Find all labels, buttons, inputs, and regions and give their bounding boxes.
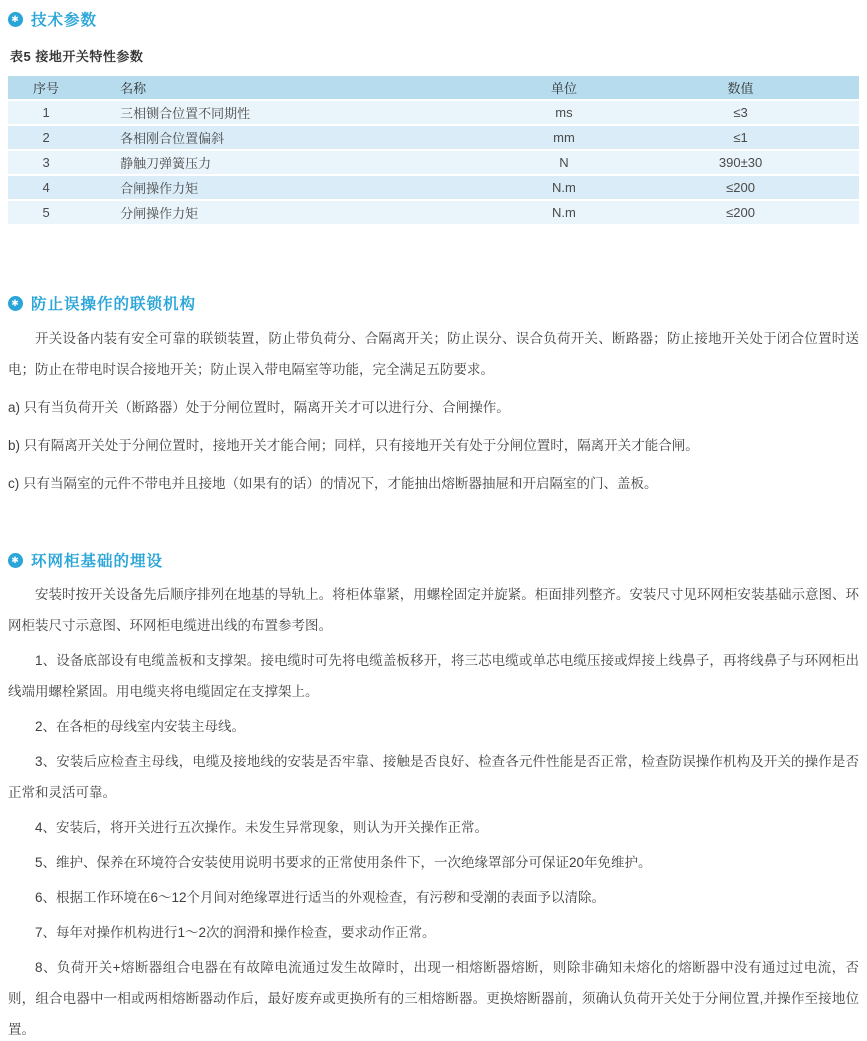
cell-no: 4 [8,176,84,199]
foundation-item-2: 2、在各柜的母线室内安装主母线。 [8,711,859,742]
interlock-item-b: b) 只有隔离开关处于分闸位置时，接地开关才能合闸；同样，只有接地开关有处于分闸… [8,430,859,461]
cell-no: 5 [8,201,84,224]
cell-name: 分闸操作力矩 [84,201,506,224]
interlock-item-a: a) 只有当负荷开关（断路器）处于分闸位置时，隔离开关才可以进行分、合闸操作。 [8,392,859,423]
earthing-switch-parameters-table: 序号 名称 单位 数值 1 三相铡合位置不同期性 ms ≤3 2 各相刚合位置偏… [8,74,859,226]
table-header-row: 序号 名称 单位 数值 [8,76,859,99]
section-title-text: 环网柜基础的埋设 [31,549,163,571]
table-row: 1 三相铡合位置不同期性 ms ≤3 [8,101,859,124]
foundation-intro-paragraph: 安装时按开关设备先后顺序排列在地基的导轨上。将柜体靠紧，用螺栓固定并旋紧。柜面排… [8,579,859,641]
table-row: 3 静触刀弹簧压力 N 390±30 [8,151,859,174]
section-bullet-icon: ✱ [8,553,23,568]
column-header-no: 序号 [8,76,84,99]
cell-unit: N.m [506,201,622,224]
section-technical-parameters: ✱ 技术参数 表5 接地开关特性参数 序号 名称 单位 数值 1 三相铡合位置不… [8,8,859,226]
foundation-item-5: 5、维护、保养在环境符合安装使用说明书要求的正常使用条件下，一次绝缘罩部分可保证… [8,847,859,878]
foundation-item-6: 6、根据工作环境在6～12个月间对绝缘罩进行适当的外观检查，有污秽和受潮的表面予… [8,882,859,913]
interlock-intro-paragraph: 开关设备内装有安全可靠的联锁装置，防止带负荷分、合隔离开关；防止误分、误合负荷开… [8,323,859,385]
cell-no: 1 [8,101,84,124]
cell-no: 3 [8,151,84,174]
cell-value: ≤1 [622,126,859,149]
foundation-item-4: 4、安装后，将开关进行五次操作。未发生异常现象，则认为开关操作正常。 [8,812,859,843]
foundation-item-8: 8、负荷开关+熔断器组合电器在有故障电流通过发生故障时，出现一相熔断器熔断，则除… [8,952,859,1041]
document-page: ✱ 技术参数 表5 接地开关特性参数 序号 名称 单位 数值 1 三相铡合位置不… [0,0,867,1041]
cell-value: ≤200 [622,201,859,224]
column-header-value: 数值 [622,76,859,99]
section-title-text: 技术参数 [31,8,97,30]
foundation-item-1: 1、设备底部设有电缆盖板和支撑架。接电缆时可先将电缆盖板移开，将三芯电缆或单芯电… [8,645,859,707]
section-foundation-installation: ✱ 环网柜基础的埋设 安装时按开关设备先后顺序排列在地基的导轨上。将柜体靠紧，用… [8,549,859,1041]
section-interlock-mechanism: ✱ 防止误操作的联锁机构 开关设备内装有安全可靠的联锁装置，防止带负荷分、合隔离… [8,292,859,499]
section-title-interlock: ✱ 防止误操作的联锁机构 [8,292,859,314]
cell-name: 各相刚合位置偏斜 [84,126,506,149]
table-caption: 表5 接地开关特性参数 [10,46,859,65]
cell-unit: mm [506,126,622,149]
cell-unit: N [506,151,622,174]
section-bullet-icon: ✱ [8,12,23,27]
table-row: 4 合闸操作力矩 N.m ≤200 [8,176,859,199]
column-header-name: 名称 [84,76,506,99]
table-row: 5 分闸操作力矩 N.m ≤200 [8,201,859,224]
interlock-item-c: c) 只有当隔室的元件不带电并且接地（如果有的话）的情况下，才能抽出熔断器抽屉和… [8,468,859,499]
cell-name: 静触刀弹簧压力 [84,151,506,174]
cell-value: 390±30 [622,151,859,174]
cell-value: ≤3 [622,101,859,124]
section-bullet-icon: ✱ [8,296,23,311]
cell-no: 2 [8,126,84,149]
column-header-unit: 单位 [506,76,622,99]
cell-unit: N.m [506,176,622,199]
section-title-text: 防止误操作的联锁机构 [31,292,196,314]
foundation-item-7: 7、每年对操作机构进行1～2次的润滑和操作检查，要求动作正常。 [8,917,859,948]
table-row: 2 各相刚合位置偏斜 mm ≤1 [8,126,859,149]
foundation-item-3: 3、安装后应检查主母线，电缆及接地线的安装是否牢靠、接触是否良好、检查各元件性能… [8,746,859,808]
cell-value: ≤200 [622,176,859,199]
cell-unit: ms [506,101,622,124]
section-title-technical-parameters: ✱ 技术参数 [8,8,859,30]
cell-name: 合闸操作力矩 [84,176,506,199]
cell-name: 三相铡合位置不同期性 [84,101,506,124]
section-title-foundation: ✱ 环网柜基础的埋设 [8,549,859,571]
